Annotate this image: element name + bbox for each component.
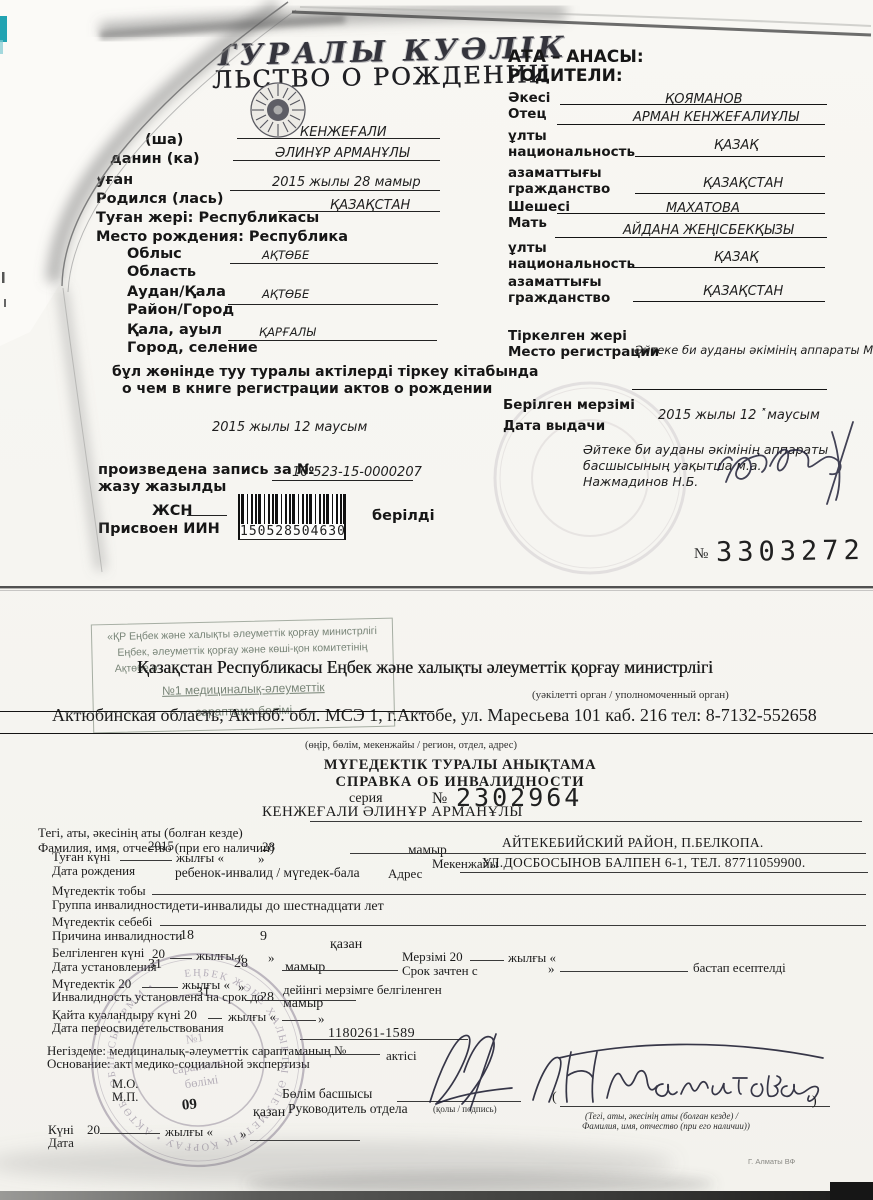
label-fio-kz: Тегі, аты, әкесінің аты (болған кезде): [38, 825, 243, 841]
label-district-kz: Аудан/Қала: [127, 284, 226, 301]
kazakhstan-emblem-icon: [248, 80, 308, 140]
label-mother-nationality-kz: ұлты: [508, 240, 547, 256]
label-father-nationality-ru: национальность: [508, 144, 635, 160]
seal-center-line3: бөлімі: [184, 1072, 220, 1091]
line: [635, 156, 825, 157]
iin-barcode: [238, 494, 346, 524]
label-seal-place-ru: М.П.: [112, 1090, 138, 1106]
label-city-kz: Қала, ауыл: [127, 322, 222, 339]
record-number: 10-523-15-0000207: [292, 465, 422, 481]
line: [0, 711, 434, 712]
registration-place: Әйтеке би ауданы әкімінің аппараты ММ: [634, 344, 873, 358]
label-citizen-kz: (ша): [145, 132, 183, 149]
region-caption: (өңір, бөлім, мекенжайы / регион, отдел,…: [305, 740, 517, 753]
label-group-ru: Группа инвалидности: [52, 897, 172, 913]
label-reexam-close: »: [318, 1011, 325, 1027]
label-term-tail: бастап есептелді: [693, 960, 786, 976]
region-office-line: Актюбинская область, Актюб. обл. МСЭ 1, …: [52, 704, 817, 727]
label-record-ru: произведена запись за №: [98, 462, 314, 479]
line: [152, 894, 866, 895]
line: [120, 860, 172, 861]
label-born-kz: уған: [96, 172, 133, 189]
expert-signature: [505, 1028, 855, 1128]
address-line2: УЛ.ДОСБОСЫНОВ БАЛПЕН 6-1, ТЕЛ. 877110599…: [482, 855, 806, 872]
father-surname: ҚОЯМАНОВ: [665, 92, 743, 108]
scanner-teal-mark: [0, 16, 7, 42]
line: [557, 124, 825, 125]
handwritten-day: 09: [181, 1095, 198, 1115]
label-region-kz: Облыс: [127, 246, 182, 263]
line: [460, 872, 868, 873]
cause-value-3: қазан: [330, 936, 362, 954]
line: [470, 960, 504, 961]
label-issue-date-ru: Дата выдачи: [503, 418, 605, 434]
label-mother-citizenship-ru: гражданство: [508, 290, 610, 306]
birth-region: АҚТӨБЕ: [262, 249, 309, 263]
ministry-name: Қазақстан Республикасы Еңбек және халықт…: [137, 657, 713, 679]
mother-surname: МАХАТОВА: [666, 201, 740, 217]
registrar-signature: [712, 412, 872, 512]
person-full-name: КЕНЖЕҒАЛИ ӘЛИНҰР АРМАНҰЛЫ: [262, 803, 523, 822]
parents-heading-kz: АТА – АНАСЫ:: [508, 47, 644, 67]
line: [350, 853, 866, 854]
label-father-ru: Отец: [508, 106, 546, 122]
issued-label: берілді: [372, 508, 435, 525]
stamp-line: №1 медициналық-әлеуметтік: [93, 679, 393, 700]
line: [632, 389, 827, 390]
line: [633, 301, 825, 302]
page-separator-line: [0, 586, 873, 588]
dob-typed-value: ребенок-инвалид / мүгедек-бала: [175, 865, 360, 882]
label-district-ru: Район/Город: [127, 302, 234, 319]
line: [310, 821, 862, 822]
line: [633, 267, 825, 268]
line: [228, 304, 438, 305]
group-value: дети-инвалиды до шестнадцати лет: [172, 898, 384, 916]
scan-bottom-edge: [0, 1191, 873, 1200]
label-iin-ru: Присвоен ИИН: [98, 521, 220, 538]
head-signature: [400, 1022, 520, 1114]
label-iin-kz: ЖСН: [152, 503, 193, 520]
line: [160, 925, 866, 926]
birth-district: АҚТӨБЕ: [262, 288, 309, 302]
label-father-kz: Әкесі: [508, 90, 550, 106]
disability-title-kz: МҮГЕДЕКТІК ТУРАЛЫ АНЫҚТАМА: [40, 756, 873, 774]
line: [230, 263, 438, 264]
scanned-document-page: ТУРАЛЫ КУӘЛІК ЛЬСТВО О РОЖДЕНИИ (ша) дан…: [0, 0, 873, 1200]
official-name: Нажмадинов Н.Б.: [583, 474, 698, 489]
seal-center-line1: №1: [185, 1030, 204, 1047]
birth-city: ҚАРҒАЛЫ: [259, 326, 316, 340]
child-birth-date: 2015 жылы 28 мамыр: [272, 175, 421, 191]
label-dob-ru: Дата рождения: [52, 863, 135, 879]
father-nationality: ҚАЗАҚ: [714, 138, 759, 154]
line: [187, 515, 227, 516]
label-father-citizenship-kz: азаматтығы: [508, 165, 602, 181]
registry-date: 2015 жылы 12 маусым: [212, 420, 367, 436]
label-citizen-ru: данин (ка): [110, 151, 200, 168]
label-city-ru: Город, селение: [127, 340, 258, 357]
label-father-nationality-kz: ұлты: [508, 128, 547, 144]
label-region-ru: Область: [127, 264, 196, 281]
certificate-serial-number: 3303272: [716, 535, 865, 568]
line: [635, 193, 825, 194]
label-head-ru: Руководитель отдела: [288, 1101, 408, 1118]
label-mother-citizenship-kz: азаматтығы: [508, 274, 602, 290]
label-record-kz: жазу жазылды: [98, 479, 226, 496]
registry-note-ru: о чем в книге регистрации актов о рожден…: [122, 381, 492, 398]
label-registration-place-kz: Тіркелген жері: [508, 328, 627, 344]
line: [250, 1140, 360, 1141]
line: [560, 971, 688, 972]
ministry-caption: (уәкілетті орган / уполномоченный орган): [532, 689, 729, 702]
birth-country: ҚАЗАҚСТАН: [330, 198, 410, 214]
label-mother-ru: Мать: [508, 215, 547, 231]
round-seal-icon: ЕҢБЕК ЖӘНЕ ХАЛЫҚТЫ ӘЛЕУМЕТТІК ҚОРҒАУ • А…: [63, 925, 333, 1195]
label-born-ru: Родился (лась): [96, 191, 223, 208]
head-month: қазан: [253, 1104, 285, 1122]
mother-nationality: ҚАЗАҚ: [714, 250, 759, 266]
label-term-close: »: [548, 961, 555, 977]
line: [228, 340, 437, 341]
label-date-ru: Дата: [48, 1135, 74, 1151]
child-surname: КЕНЖЕҒАЛИ: [300, 125, 387, 141]
line: [555, 237, 827, 238]
line: [557, 213, 825, 214]
label-cause-ru: Причина инвалидности: [52, 928, 182, 944]
label-date-close: »: [240, 1126, 247, 1142]
label-birthplace-kz: Туған жері: Республикасы: [96, 210, 319, 227]
child-name: ӘЛИНҰР АРМАНҰЛЫ: [275, 146, 409, 162]
parents-heading-ru: РОДИТЕЛИ:: [508, 66, 623, 86]
label-address-ru: Адрес: [388, 866, 422, 882]
line: [100, 1133, 160, 1134]
address-line1: АЙТЕКЕБИЙСКИЙ РАЙОН, П.БЕЛКОПА.: [502, 835, 764, 852]
label-term-ru: Срок зачтен с: [402, 963, 478, 979]
iin-number: 150528504630: [238, 524, 346, 540]
label-dob-mid: жылғы «: [176, 850, 224, 866]
registry-note-kz: бұл жөнінде туу туралы актілерді тіркеу …: [112, 364, 538, 381]
mother-citizenship: ҚАЗАҚСТАН: [703, 284, 783, 300]
label-birthplace-ru: Место рождения: Республика: [96, 229, 348, 246]
label-date-mid: жылғы «: [165, 1124, 213, 1140]
line: [272, 480, 413, 481]
line: [560, 104, 827, 105]
typed-year: 2015: [148, 838, 174, 854]
label-mother-nationality-ru: национальность: [508, 256, 635, 272]
father-citizenship: ҚАЗАҚСТАН: [703, 176, 783, 192]
label-issue-date-kz: Берілген мерзімі: [503, 397, 635, 413]
seal-center-line2: сараптама: [171, 1055, 227, 1077]
line: [0, 733, 873, 734]
label-father-citizenship-ru: гражданство: [508, 181, 610, 197]
footer-print-code: Г. Алматы ВФ: [748, 1157, 795, 1166]
certificate-serial-sign: №: [694, 546, 708, 563]
